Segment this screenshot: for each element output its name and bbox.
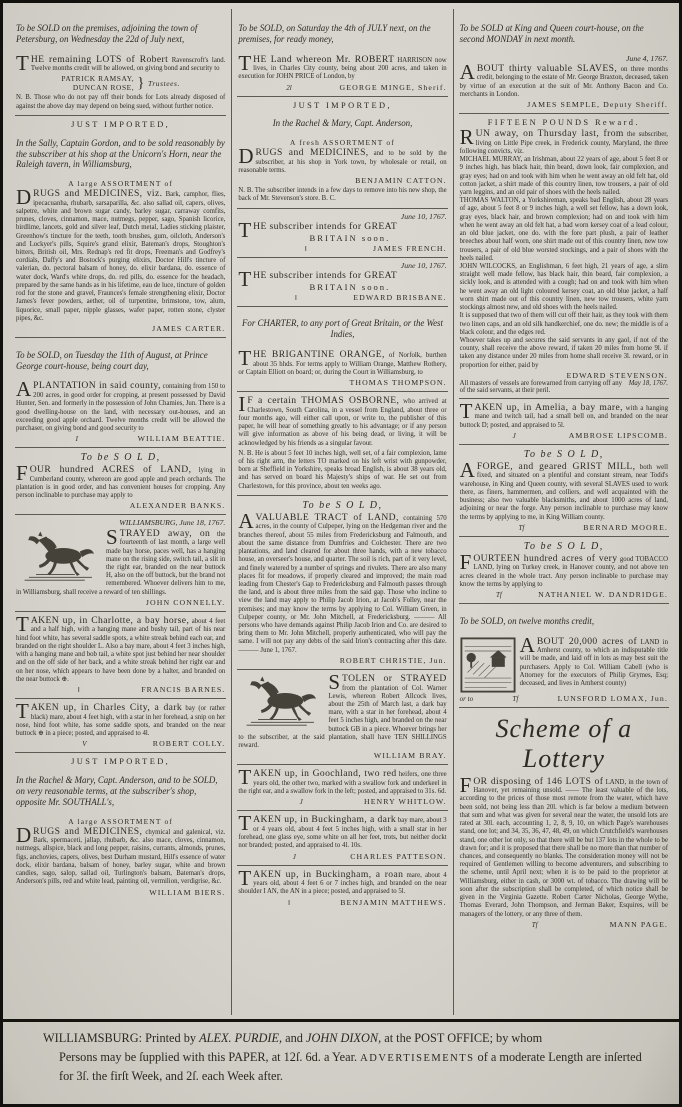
ad-opener: In the Rachel & Mary, Capt. Anderson, (238, 118, 446, 129)
printer-mark: Tf (460, 524, 584, 532)
ad-taken-up-buckingham-roan: TAKEN up, in Buckingham, a roan mare, ab… (237, 865, 447, 911)
printer-mark: Tf (460, 591, 539, 599)
ad-thomas-osborne-notice: IF a certain THOMAS OSBORNE, who arrived… (237, 391, 447, 495)
ad-opener: In the Sally, Captain Gordon, and to be … (16, 138, 225, 171)
drop-cap: T (238, 221, 253, 238)
signature: BENJAMIN MATTHEWS. (340, 898, 446, 907)
signature: JAMES CARTER. (152, 324, 225, 333)
drop-cap: T (16, 54, 31, 71)
ad-dateline: WILLIAMSBURG, June 18, 1767. (16, 518, 225, 527)
ad-lead: HE Land whereon Mr. ROBERT (253, 54, 394, 65)
landscape-woodcut-icon (460, 637, 516, 693)
or-to-label: or to (460, 695, 473, 703)
ad-strayed-horse: WILLIAMSBURG, June 18, 1767. (15, 514, 226, 610)
ad-lead: UN away, on Thursday last, from (476, 128, 624, 139)
drop-cap: A (460, 461, 477, 478)
ad-lead: TOLEN or STRAYED (342, 673, 447, 684)
imprint-text: Persons may be ſupplied with this PAPER,… (59, 1050, 360, 1064)
ad-lead: RUGS and MEDICINES, (256, 147, 369, 158)
signature: BENJAMIN CATTON. (355, 176, 447, 185)
ad-body: chymical and galenical, viz. Bark, sperm… (16, 829, 225, 886)
ad-lead: RUGS and MEDICINES, viz. (33, 188, 162, 199)
ad-lead: OUR hundred ACRES of LAND, (30, 464, 192, 475)
ad-opener: To be SOLD at King and Queen court-house… (460, 23, 668, 45)
trustee-name: DUNCAN ROSE, (61, 83, 134, 92)
printer-mark: ‖ (238, 294, 353, 302)
ad-lead: AKEN up, in Buckingham, a dark (253, 814, 396, 825)
ad-french-departure: June 10, 1767. THE subscriber intends fo… (237, 208, 447, 257)
assortment-line: A large ASSORTMENT of (16, 179, 225, 188)
to-be-sold-heading: To be S O L D, (460, 541, 668, 552)
printer-mark: ‖ (238, 899, 340, 907)
ad-forge-grist-mill: To be S O L D, AFORGE, and geared GRIST … (459, 444, 669, 536)
ad-opener: In the Rachel & Mary, Capt. Anderson, an… (16, 775, 225, 808)
drop-cap: F (460, 776, 474, 793)
signature: FRANCIS BARNES. (141, 685, 225, 694)
to-be-sold-heading: To be S O L D, (16, 452, 225, 463)
ad-catton-drugs: JUST IMPORTED, In the Rachel & Mary, Cap… (237, 96, 447, 208)
printer-mark: Tf (460, 921, 610, 929)
column-3: To be SOLD at King and Queen court-house… (453, 9, 674, 1015)
imprint-text: of a moderate Length are inſerted (474, 1050, 641, 1064)
signature: NATHANIEL W. DANDRIDGE. (538, 590, 668, 599)
printer-name: ALEX. PURDIE, (199, 1031, 282, 1045)
ad-heading: JUST IMPORTED, (238, 101, 446, 110)
ad-lead: PLANTATION in said county, (33, 380, 161, 391)
ad-lead: BOUT 20,000 acres of (537, 636, 637, 647)
ad-lead: OURTEEN hundred acres of very (473, 553, 617, 564)
printer-name: JOHN DIXON, (306, 1031, 381, 1045)
drop-cap: I (238, 395, 247, 412)
printer-mark: ‖ (238, 245, 373, 253)
ad-lead: TRAYED away, on (120, 528, 211, 539)
drop-cap: S (328, 673, 342, 690)
ad-slaves-sale: To be SOLD at King and Queen court-house… (459, 11, 669, 113)
ad-opener: For CHARTER, to any port of Great Britai… (238, 318, 446, 340)
to-be-sold-heading: To be S O L D, (460, 449, 668, 460)
ad-taken-up-buckingham-bay: TAKEN up, in Buckingham, a dark bay mare… (237, 810, 447, 864)
trustee-name: PATRICK RAMSAY, (61, 74, 134, 83)
ad-lead: HE BRIGANTINE ORANGE, (253, 349, 385, 360)
ad-brisbane-departure: June 10, 1767. THE subscriber intends fo… (237, 257, 447, 306)
newspaper-page: To be SOLD on the premises, adjoining th… (0, 0, 682, 1107)
drop-cap: T (238, 54, 253, 71)
column-1: To be SOLD on the premises, adjoining th… (10, 9, 231, 1015)
ad-lead: HE remaining LOTS of Robert (31, 54, 168, 65)
forewarning: All masters of vessels are forewarned fr… (460, 380, 622, 394)
imprint-line3: for 3ſ. the firſt Week, and 2ſ. each Wee… (43, 1067, 649, 1086)
drop-cap: F (460, 553, 474, 570)
ad-lead: FORGE, and geared GRIST MILL, (477, 461, 636, 472)
ad-lead: AKEN up, in Goochland, two red (253, 768, 396, 779)
ad-lead: AKEN up, in Charles City, a dark (31, 702, 182, 713)
horse-woodcut-icon (238, 674, 324, 732)
brace-glyph: } (137, 75, 145, 92)
ad-taken-up-charles-city: TAKEN up, in Charles City, a dark bay (o… (15, 698, 226, 752)
ad-harrison-land: To be SOLD, on Saturday the 4th of JULY … (237, 11, 447, 96)
ad-carter-drugs: JUST IMPORTED, In the Sally, Captain Gor… (15, 115, 226, 337)
printer-mark: I (16, 435, 138, 443)
drop-cap: T (238, 270, 253, 287)
ad-lead: HE subscriber intends for GREAT (253, 221, 397, 232)
runaway-description: MICHAEL MURRAY, an Irishman, about 22 ye… (460, 156, 668, 197)
printer-mark: V (16, 740, 153, 748)
imprint-line2: Persons may be ſupplied with this PAPER,… (43, 1048, 649, 1067)
signature: MANN PAGE. (610, 920, 668, 929)
ad-stolen-strayed-mare: STOLEN or STRAYED from the plantation of… (237, 669, 447, 764)
imprint-colophon: WILLIAMSBURG: Printed by ALEX. PURDIE, a… (3, 1019, 679, 1090)
ad-cumberland-land: To be S O L D, FOUR hundred ACRES of LAN… (15, 447, 226, 514)
ad-heading: JUST IMPORTED, (16, 120, 225, 129)
drop-cap: S (106, 528, 120, 545)
runaway-description: JOHN WILCOCKS, an Englishman, 6 feet hig… (460, 263, 668, 312)
horse-woodcut-icon (16, 529, 102, 587)
ad-dateline: June 10, 1767. (238, 212, 446, 221)
ad-lead: AKEN up, in Amelia, a bay mare, (474, 402, 622, 413)
ad-brigantine-orange: For CHARTER, to any port of Great Britai… (237, 306, 447, 392)
ad-lead: HE subscriber intends for GREAT (253, 270, 397, 281)
ad-prince-george-plantation: To be SOLD, on Tuesday the 11th of Augus… (15, 337, 226, 447)
drop-cap: D (16, 826, 33, 843)
runaway-reward-terms: Whoever takes up and secures the said se… (460, 337, 668, 370)
nota-bene: N. B. He is about 5 feet 10 inches high,… (238, 450, 446, 491)
signature: JAMES FRENCH. (373, 244, 447, 253)
ad-runaway-convicts: FIFTEEN POUNDS Reward. RUN away, on Thur… (459, 113, 669, 398)
drop-cap: T (460, 402, 475, 419)
column-2: To be SOLD, on Saturday the 4th of JULY … (231, 9, 452, 1015)
trustees-block: PATRICK RAMSAY, DUNCAN ROSE, } Trustees. (16, 74, 225, 92)
printer-mark: Tf (473, 695, 558, 703)
ad-amherst-acres: To be SOLD, on twelve months credit, ABO… (459, 603, 669, 707)
signature: GEORGE MINGE, Sherif. (340, 83, 447, 92)
ad-lead: BOUT thirty valuable SLAVES, (477, 63, 617, 74)
runaway-note: It is supposed that two of them will cut… (460, 312, 668, 337)
signature: HENRY WHITLOW. (364, 797, 447, 806)
ad-opener: To be SOLD, on Saturday the 4th of JULY … (238, 23, 446, 45)
advertisements-label: ADVERTISEMENTS (360, 1053, 474, 1064)
ad-heading: JUST IMPORTED, (16, 757, 225, 766)
ad-tobacco-land: To be S O L D, FOURTEEN hundred acres of… (459, 536, 669, 603)
printer-mark: ‖ (16, 686, 141, 694)
signature: EDWARD BRISBANE. (353, 293, 446, 302)
drop-cap: A (16, 380, 33, 397)
ad-lottery-scheme: Scheme of a Lottery FOR disposing of 146… (459, 707, 669, 933)
lottery-heading: Scheme of a Lottery (460, 714, 668, 774)
assortment-line: A fresh ASSORTMENT of (238, 138, 446, 147)
ad-body: BRITAIN soon. (238, 233, 446, 243)
drop-cap: T (16, 702, 31, 719)
printer-mark: J (238, 853, 350, 861)
signature: BERNARD MOORE. (583, 523, 668, 532)
signature: WILLIAM BRAY. (374, 751, 447, 760)
imprint-line1: WILLIAMSBURG: Printed by ALEX. PURDIE, a… (43, 1031, 542, 1045)
signature: AMBROSE LIPSCOMB. (569, 431, 668, 440)
signature: THOMAS THOMPSON. (349, 378, 446, 387)
assortment-line: A large ASSORTMENT of (16, 817, 225, 826)
drop-cap: F (16, 464, 30, 481)
ad-taken-up-amelia: TAKEN up, in Amelia, a bay mare, with a … (459, 398, 669, 444)
ad-body: containing 570 acres, in the county of C… (238, 515, 446, 654)
ad-heading: FIFTEEN POUNDS Reward. (460, 118, 668, 127)
signature: LUNSFORD LOMAX, Jun. (558, 694, 668, 703)
drop-cap: T (238, 814, 253, 831)
drop-cap: D (16, 188, 33, 205)
ad-taken-up-charlotte: TAKEN up, in Charlotte, a bay horse, abo… (15, 611, 226, 698)
ad-lead: VALUABLE TRACT of LAND, (256, 512, 399, 523)
drop-cap: A (460, 63, 477, 80)
ad-lead: RUGS and MEDICINES, (33, 826, 142, 837)
drop-cap: T (238, 768, 253, 785)
drop-cap: T (238, 349, 253, 366)
signature: JAMES SEMPLE, Deputy Sheriff. (527, 100, 668, 109)
ad-lead: AKEN up, in Buckingham, a roan (253, 869, 403, 880)
signature: ROBERT COLLY. (153, 739, 226, 748)
ad-lead: AKEN up, in Charlotte, a bay horse, (31, 615, 189, 626)
ad-opener: To be SOLD, on twelve months credit, (460, 616, 668, 627)
ad-body: Bark, camphor, flies, ipecacuanha, rhuba… (16, 191, 225, 322)
signature: ALEXANDER BANKS. (130, 501, 226, 510)
ad-body: about 4 feet and a half high, with a han… (16, 618, 225, 683)
drop-cap: T (16, 615, 31, 632)
drop-cap: D (238, 147, 255, 164)
printer-mark: J (460, 432, 569, 440)
ad-body: both well fixed, and situated on a plent… (460, 464, 668, 521)
drop-cap: A (238, 512, 255, 529)
ad-lead: F a certain THOMAS OSBORNE, (247, 395, 399, 406)
imprint-text: and (282, 1031, 306, 1045)
printer-mark: 2l (238, 84, 339, 92)
trustee-role: Trustees. (148, 79, 180, 88)
imprint-text: at the POST OFFICE; by whom (381, 1031, 542, 1045)
ad-biers-drugs: JUST IMPORTED, In the Rachel & Mary, Cap… (15, 752, 226, 900)
signature: EDWARD STEVENSON. (567, 371, 668, 380)
ad-taken-up-goochland: TAKEN up, in Goochland, two red heifers,… (237, 764, 447, 810)
imprint-text: WILLIAMSBURG: Printed by (43, 1031, 199, 1045)
ad-dateline: May 18, 1767. (629, 380, 668, 394)
printer-mark: J (238, 798, 364, 806)
nota-bene: N. B. The subscriber intends in a few da… (238, 187, 446, 203)
drop-cap: A (520, 636, 537, 653)
signature: WILLIAM BIERS. (149, 888, 225, 897)
signature: WILLIAM BEATTIE. (138, 434, 226, 443)
ad-body: BRITAIN soon. (238, 282, 446, 292)
runaway-description: THOMAS WALTON, a Yorkshireman, speaks ba… (460, 197, 668, 263)
ad-dateline: June 4, 1767. (460, 54, 668, 63)
signature: ROBERT CHRISTIE, Jun. (340, 656, 447, 665)
drop-cap: T (238, 869, 253, 886)
ad-body: LAND, in the town of Hanover, yet remain… (460, 779, 668, 918)
ad-opener: To be SOLD on the premises, adjoining th… (16, 23, 225, 45)
ad-opener: To be SOLD, on Tuesday the 11th of Augus… (16, 350, 225, 372)
ad-lead: OR disposing of 146 LOTS of (473, 776, 603, 787)
ad-culpeper-tract: To be S O L D, AVALUABLE TRACT of LAND, … (237, 495, 447, 669)
ad-columns: To be SOLD on the premises, adjoining th… (10, 9, 674, 1015)
ad-petersburg-lots: To be SOLD on the premises, adjoining th… (15, 11, 226, 115)
nota-bene: N. B. Those who do not pay off their bon… (16, 94, 225, 110)
ad-dateline: June 10, 1767. (238, 261, 446, 270)
to-be-sold-heading: To be S O L D, (238, 500, 446, 511)
drop-cap: R (460, 128, 476, 145)
signature: JOHN CONNELLY. (146, 598, 225, 607)
signature: CHARLES PATTESON. (350, 852, 446, 861)
